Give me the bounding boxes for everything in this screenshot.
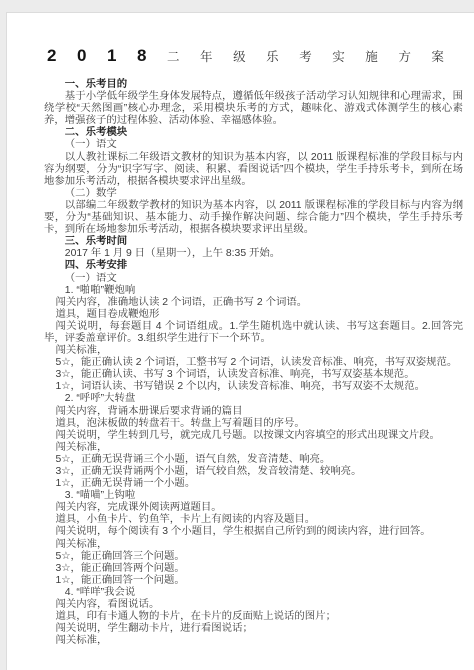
subsection-heading: （一）语文 [44, 139, 463, 151]
activity-title: 3. “喵喵”上钩啦 [44, 490, 463, 502]
title-char: 2 [47, 46, 56, 66]
title-char: 0 [77, 46, 86, 66]
document-title: 2018二年级乐考实施方案 [47, 46, 444, 66]
section-heading: 三、乐考时间 [44, 236, 463, 248]
detail-line: 闯关内容，看图说话。 [44, 599, 463, 611]
title-char: 方 [398, 47, 411, 65]
detail-line: 道具，题目卷成鞭炮形 [44, 309, 463, 321]
star-criteria-line: 5☆，能正确回答三个问题。 [44, 551, 463, 563]
section-heading: 一、乐考目的 [44, 79, 463, 91]
detail-line: 闯关说明，学生翻动卡片，进行看图说话； [44, 623, 463, 635]
star-criteria-line: 3☆，能正确认读、书写 3 个词语，认读发音标准、响亮，书写双姿基本规范。 [44, 369, 463, 381]
title-char: 年 [200, 47, 213, 65]
paragraph: 2017 年 1 月 9 日（星期一），上午 8:35 开始。 [44, 248, 463, 260]
title-char: 考 [299, 47, 312, 65]
document-body: 一、乐考目的基于小学低年级学生身体发展特点，遵循低年级孩子活动学习认知规律和心理… [7, 79, 474, 647]
star-criteria-line: 5☆，能正确认读 2 个词语，工整书写 2 个词语，认读发音标准、响亮，书写双姿… [44, 357, 463, 369]
detail-line: 闯关说明，每个阅读有 3 个小题目，学生根据自己所钓到的阅读内容，进行回答。 [44, 526, 463, 538]
title-char: 实 [332, 47, 345, 65]
section-heading: 四、乐考安排 [44, 260, 463, 272]
star-criteria-line: 1☆，正确无误背诵一个小题。 [44, 478, 463, 490]
activity-title: 2. “呼呼”大转盘 [44, 393, 463, 405]
detail-line: 道具，泡沫板做的转盘若干。转盘上写着题目的序号。 [44, 418, 463, 430]
title-char: 二 [167, 47, 180, 65]
title-char: 案 [431, 47, 444, 65]
detail-line: 闯关标准， [44, 635, 463, 647]
paragraph: 基于小学低年级学生身体发展特点，遵循低年级孩子活动学习认知规律和心理需求，围绕学… [44, 91, 463, 127]
viewer-background: 2018二年级乐考实施方案 一、乐考目的基于小学低年级学生身体发展特点，遵循低年… [0, 0, 474, 670]
star-criteria-line: 1☆，能正确回答一个问题。 [44, 575, 463, 587]
activity-title: 4. “咩咩”我会说 [44, 587, 463, 599]
detail-line: 道具，小鱼卡片、钓鱼竿，卡片上有阅读的内容及题目。 [44, 514, 463, 526]
detail-line: 闯关说明，学生转到几号，就完成几号题。以按课文内容填空的形式出现课文片段。 [44, 430, 463, 442]
title-char: 级 [233, 47, 246, 65]
detail-line: 闯关标准， [44, 539, 463, 551]
title-char: 施 [365, 47, 378, 65]
detail-line: 闯关内容，准确地认读 2 个词语，正确书写 2 个词语。 [44, 297, 463, 309]
activity-title: 1. “啪啪”鞭炮响 [44, 285, 463, 297]
star-criteria-line: 1☆，词语认读、书写错误 2 个以内，认读发音标准、响亮，书写双姿不太规范。 [44, 381, 463, 393]
star-criteria-line: 3☆，正确无误背诵两个小题，语气较自然，发音较清楚、较响亮。 [44, 466, 463, 478]
document-page: 2018二年级乐考实施方案 一、乐考目的基于小学低年级学生身体发展特点，遵循低年… [6, 12, 474, 670]
detail-line: 闯关内容，背诵本册课后要求背诵的篇目 [44, 406, 463, 418]
star-criteria-line: 3☆，能正确回答两个问题。 [44, 563, 463, 575]
title-char: 1 [107, 46, 116, 66]
subsection-heading: （一）语文 [44, 273, 463, 285]
paragraph: 以部编二年级数学教材的知识为基本内容，以 2011 版课程标准的学段目标与内容为… [44, 200, 463, 236]
detail-line: 闯关标准， [44, 442, 463, 454]
star-criteria-line: 5☆，正确无误背诵三个小题，语气自然，发音清楚、响亮。 [44, 454, 463, 466]
title-char: 乐 [266, 47, 279, 65]
detail-line: 闯关说明，每套题目 4 个词语组成。1.学生随机选中就认读、书写这套题目。2.回… [44, 321, 463, 345]
title-char: 8 [137, 46, 146, 66]
detail-line: 道具，印有卡通人物的卡片，在卡片的反面贴上说话的图片； [44, 611, 463, 623]
paragraph: 以人教社课标二年级语文教材的知识为基本内容，以 2011 版课程标准的学段目标与… [44, 152, 463, 188]
detail-line: 闯关内容，完成课外阅读两道题目。 [44, 502, 463, 514]
detail-line: 闯关标准， [44, 345, 463, 357]
section-heading: 二、乐考模块 [44, 127, 463, 139]
subsection-heading: （二）数学 [44, 188, 463, 200]
